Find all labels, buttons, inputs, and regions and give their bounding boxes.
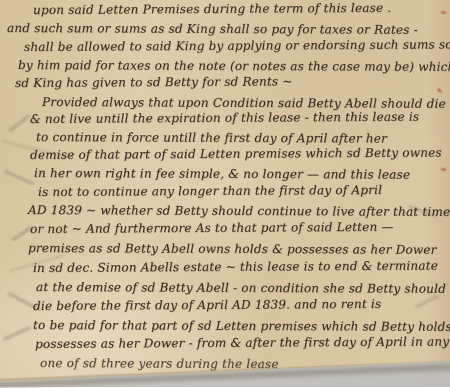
manuscript-line: shall be allowed to said King by applyin… — [24, 37, 450, 54]
manuscript-line: & not live untill the expiration of this… — [30, 110, 419, 126]
manuscript-text: upon said Letten Premises during the ter… — [0, 0, 450, 387]
manuscript-line: upon said Letten Premises during the ter… — [33, 1, 391, 17]
manuscript-line: possesses as her Dower - from & after th… — [35, 334, 449, 351]
manuscript-line: die before the first day of April AD 183… — [33, 297, 381, 313]
manuscript-line: in her own right in fee simple, & no lon… — [34, 166, 410, 182]
manuscript-line: in sd dec. Simon Abells estate ~ this le… — [33, 259, 438, 275]
manuscript-line: premises as sd Betty Abell owns holds & … — [28, 241, 437, 257]
manuscript-line: demise of that part of said Letten premi… — [30, 145, 442, 162]
manuscript-line: and such sum or sums as sd King shall so… — [7, 21, 418, 37]
manuscript-line: AD 1839 ~ whether sd Betty should contin… — [28, 203, 450, 219]
manuscript-line: by him paid for taxes on the note (or no… — [18, 58, 450, 74]
manuscript-line: to continue in force untill the first da… — [36, 130, 387, 146]
manuscript-line: to be paid for that part of sd Letten pr… — [33, 318, 450, 334]
manuscript-line: at the demise of sd Betty Abell - on con… — [36, 280, 446, 296]
manuscript-line: or not ~ And furthermore As to that part… — [30, 220, 394, 236]
manuscript-line: is not to continue any longer than the f… — [38, 183, 382, 199]
manuscript-page: upon said Letten Premises during the ter… — [0, 0, 450, 387]
manuscript-line: sd King has given to sd Betty for sd Ren… — [15, 74, 293, 90]
manuscript-line: Provided always that upon Condition said… — [42, 95, 446, 111]
